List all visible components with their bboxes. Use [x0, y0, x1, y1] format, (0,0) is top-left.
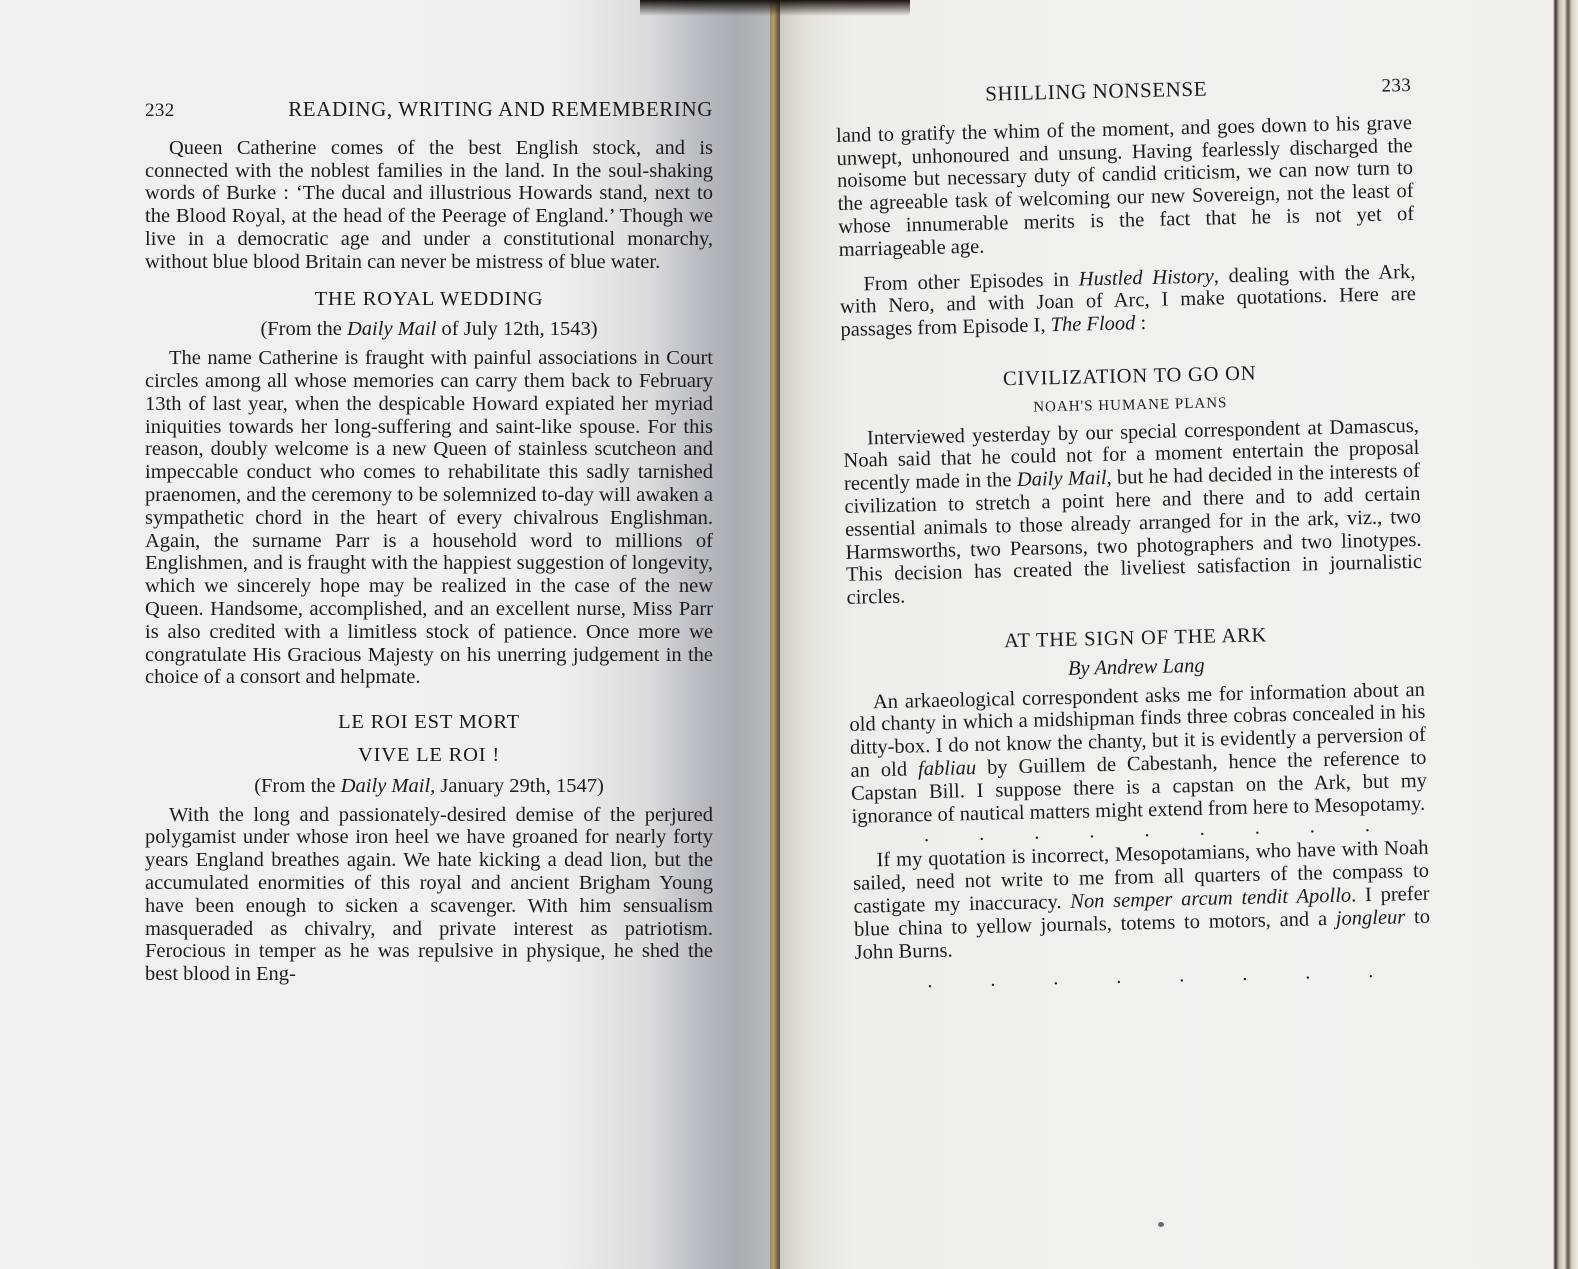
- book-title: Hustled History: [1079, 265, 1214, 290]
- section-heading: VIVE LE ROI !: [145, 744, 713, 767]
- running-title: SHILLING NONSENSE: [985, 78, 1207, 106]
- page-number: 233: [1381, 75, 1411, 98]
- paragraph: land to gratify the whim of the moment, …: [836, 112, 1415, 262]
- newspaper-title: Daily Mail,: [1017, 467, 1112, 491]
- newspaper-title: Daily Mail: [347, 318, 436, 340]
- foreign-term: jongleur: [1336, 906, 1406, 930]
- page-number: 232: [145, 100, 175, 123]
- paragraph: From other Episodes in Hustled History, …: [839, 260, 1416, 341]
- running-head-left: 232 READING, WRITING AND REMEMBERING: [145, 98, 713, 123]
- page-edges: [1553, 0, 1578, 1269]
- source-line: (From the Daily Mail of July 12th, 1543): [145, 318, 713, 341]
- source-line: (From the Daily Mail, January 29th, 1547…: [145, 775, 713, 798]
- paragraph: If my quotation is incorrect, Mesopotami…: [852, 837, 1430, 964]
- foreign-term: fabliau: [918, 757, 977, 780]
- book-spread: 232 READING, WRITING AND REMEMBERING Que…: [0, 0, 1578, 1269]
- left-page-text: 232 READING, WRITING AND REMEMBERING Que…: [145, 98, 713, 986]
- paragraph: An arkaeological correspondent asks me f…: [849, 678, 1428, 828]
- newspaper-title: Daily Mail,: [341, 775, 436, 797]
- right-page-text: SHILLING NONSENSE 233 land to gratify th…: [835, 73, 1432, 996]
- binding-shadow: [640, 0, 910, 16]
- running-title: READING, WRITING AND REMEMBERING: [288, 98, 713, 121]
- paragraph: With the long and passionately-desired d…: [145, 804, 713, 986]
- section-heading: LE ROI EST MORT: [145, 711, 713, 734]
- episode-title: The Flood: [1050, 312, 1135, 336]
- section-heading: THE ROYAL WEDDING: [145, 288, 713, 311]
- left-page: 232 READING, WRITING AND REMEMBERING Que…: [0, 0, 776, 1269]
- book-gutter: [770, 0, 780, 1269]
- paragraph: Queen Catherine comes of the best Englis…: [145, 137, 713, 274]
- ink-smudge: [1158, 1222, 1164, 1227]
- paragraph: Interviewed yesterday by our special cor…: [843, 414, 1423, 609]
- paragraph: The name Catherine is fraught with painf…: [145, 347, 713, 689]
